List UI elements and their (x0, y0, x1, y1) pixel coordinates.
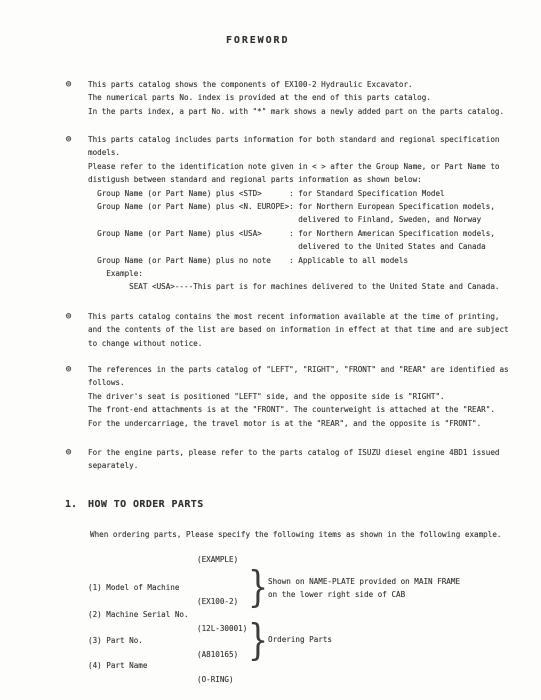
text-line: The driver's seat is positioned "LEFT" s… (88, 390, 509, 403)
bullet-text: For the engine parts, please refer to th… (88, 446, 499, 473)
text-line: Group Name (or Part Name) plus <USA> : f… (88, 227, 499, 240)
text-line: The references in the parts catalog of "… (88, 363, 509, 376)
bullet-icon: ◎ (66, 79, 71, 89)
section-number: 1. (65, 499, 77, 510)
bullet-icon: ◎ (66, 134, 71, 144)
bullet-item: ◎ For the engine parts, please refer to … (88, 446, 499, 473)
text-line: delivered to Finland, Sweden, and Norway (88, 213, 499, 226)
text-line: Please refer to the identification note … (88, 160, 499, 173)
example-item-label: (2) Machine Serial No. (88, 608, 189, 621)
example-row: (3) Part No. (A810165) (88, 621, 115, 634)
bullet-item: ◎ This parts catalog includes parts info… (88, 133, 499, 294)
brace-note-line: on the lower right side of CAB (268, 588, 405, 601)
text-line: follows. (88, 376, 509, 389)
bullet-item: ◎ This parts catalog contains the most r… (88, 310, 509, 350)
text-line: This parts catalog contains the most rec… (88, 310, 509, 323)
text-line: distigush between standard and regional … (88, 173, 499, 186)
text-line: This parts catalog includes parts inform… (88, 133, 499, 146)
text-line: Example: (88, 267, 499, 280)
text-line: to change without notice. (88, 337, 509, 350)
brace-note-line: Ordering Parts (268, 633, 332, 646)
text-line: This parts catalog shows the components … (88, 78, 504, 91)
bullet-icon: ◎ (66, 311, 71, 321)
example-item-label: (1) Model of Machine (88, 581, 179, 594)
text-line: SEAT <USA>----This part is for machines … (88, 280, 499, 293)
text-line: Group Name (or Part Name) plus <N. EUROP… (88, 200, 499, 213)
brace-note-line: Shown on NAME-PLATE provided on MAIN FRA… (268, 575, 460, 588)
bullet-text: This parts catalog includes parts inform… (88, 133, 499, 294)
bullet-text: This parts catalog shows the components … (88, 78, 504, 118)
text-line: Group Name (or Part Name) plus <STD> : f… (88, 187, 499, 200)
text-line: and the contents of the list are based o… (88, 323, 509, 336)
text-line: The numerical parts No. index is provide… (88, 91, 504, 104)
page-title: FOREWORD (226, 35, 289, 46)
section-intro: When ordering parts, Please specify the … (90, 528, 501, 541)
text-line: models. (88, 146, 499, 159)
text-line: Group Name (or Part Name) plus no note :… (88, 254, 499, 267)
bullet-item: ◎ The references in the parts catalog of… (88, 363, 509, 430)
example-item-value: (A810165) (197, 648, 238, 661)
example-item-value: (EX100-2) (197, 595, 238, 608)
example-item-value: (12L-30001) (197, 622, 247, 635)
text-line: In the parts index, a part No. with "*" … (88, 105, 504, 118)
brace-icon: } (248, 567, 268, 607)
example-row: (1) Model of Machine (EX100-2) (88, 568, 115, 581)
bullet-item: ◎ This parts catalog shows the component… (88, 78, 504, 118)
brace-icon: } (248, 620, 268, 660)
example-row: (4) Part Name (O-RING) (88, 646, 115, 659)
example-label: (EXAMPLE) (197, 553, 238, 566)
section-heading: 1.HOW TO ORDER PARTS (65, 498, 204, 511)
text-line: For the engine parts, please refer to th… (88, 446, 499, 459)
bullet-icon: ◎ (66, 447, 71, 457)
foreword-document-page: FOREWORD ◎ This parts catalog shows the … (0, 0, 541, 700)
example-item-value: (O-RING) (197, 673, 234, 686)
section-heading-text: HOW TO ORDER PARTS (88, 499, 204, 510)
text-line: separately. (88, 459, 499, 472)
bullet-text: This parts catalog contains the most rec… (88, 310, 509, 350)
example-item-label: (4) Part Name (88, 659, 147, 672)
text-line: delivered to the United States and Canad… (88, 240, 499, 253)
bullet-icon: ◎ (66, 364, 71, 374)
text-line: The front-end attachments is at the "FRO… (88, 403, 509, 416)
text-line: For the undercarriage, the travel motor … (88, 417, 509, 430)
example-row: (2) Machine Serial No. (12L-30001) (88, 595, 115, 608)
example-block: (EXAMPLE) (1) Model of Machine (EX100-2)… (88, 553, 528, 683)
bullet-text: The references in the parts catalog of "… (88, 363, 509, 430)
